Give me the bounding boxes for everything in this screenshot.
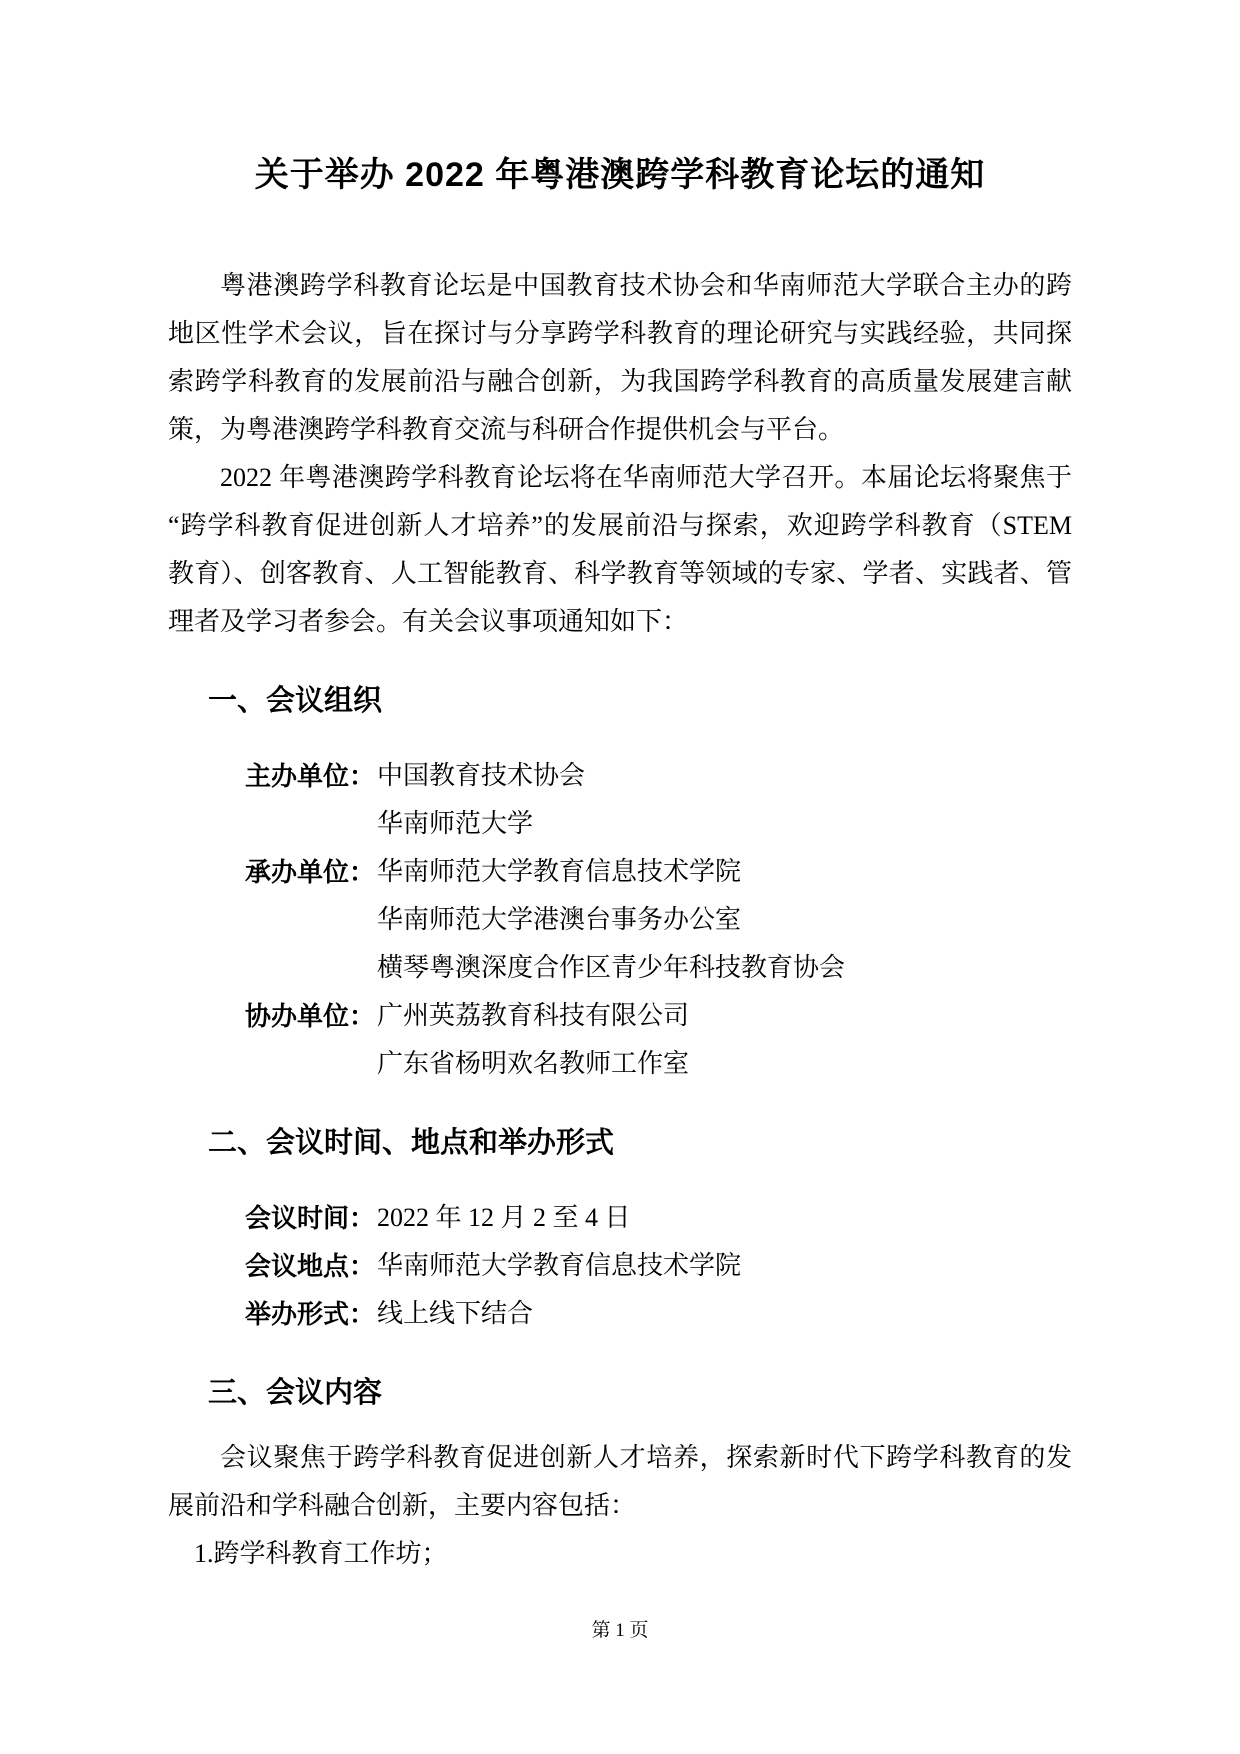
info-label-place: 会议地点： [245, 1242, 377, 1290]
info-value-place: 华南师范大学教育信息技术学院 [377, 1242, 1072, 1290]
info-row-place: 会议地点： 华南师范大学教育信息技术学院 [168, 1242, 1072, 1290]
content-paragraph: 会议聚焦于跨学科教育促进创新人才培养，探索新时代下跨学科教育的发展前沿和学科融合… [168, 1434, 1072, 1530]
meeting-info-list: 会议时间： 2022 年 12 月 2 至 4 日 会议地点： 华南师范大学教育… [168, 1194, 1072, 1338]
org-label-spacer [245, 944, 377, 992]
org-value-coorganizer-1: 广州英荔教育科技有限公司 [377, 992, 1072, 1040]
info-label-time: 会议时间： [245, 1194, 377, 1242]
section-heading-time-place-format: 二、会议时间、地点和举办形式 [168, 1118, 1072, 1168]
org-label-host: 主办单位： [245, 752, 377, 800]
org-label-spacer [245, 896, 377, 944]
section-heading-organization: 一、会议组织 [168, 676, 1072, 726]
org-label-coorganizer: 协办单位： [245, 992, 377, 1040]
org-value-coorganizer-2: 广东省杨明欢名教师工作室 [377, 1040, 1072, 1088]
intro-paragraph-2: 2022 年粤港澳跨学科教育论坛将在华南师范大学召开。本届论坛将聚焦于“跨学科教… [168, 454, 1072, 646]
org-row-organizer-3: 横琴粤澳深度合作区青少年科技教育协会 [168, 944, 1072, 992]
org-value-host-1: 中国教育技术协会 [377, 752, 1072, 800]
org-value-host-2: 华南师范大学 [377, 800, 1072, 848]
organization-list: 主办单位： 中国教育技术协会 华南师范大学 承办单位： 华南师范大学教育信息技术… [168, 752, 1072, 1088]
page-number: 第 1 页 [0, 1616, 1240, 1646]
content-list-item-1: 1.跨学科教育工作坊； [168, 1530, 1072, 1578]
info-value-time: 2022 年 12 月 2 至 4 日 [377, 1194, 1072, 1242]
info-row-time: 会议时间： 2022 年 12 月 2 至 4 日 [168, 1194, 1072, 1242]
org-row-coorganizer-2: 广东省杨明欢名教师工作室 [168, 1040, 1072, 1088]
info-label-format: 举办形式： [245, 1290, 377, 1338]
org-label-spacer [245, 800, 377, 848]
org-label-organizer: 承办单位： [245, 848, 377, 896]
org-row-host-2: 华南师范大学 [168, 800, 1072, 848]
document-title: 关于举办 2022 年粤港澳跨学科教育论坛的通知 [168, 150, 1072, 200]
org-value-organizer-3: 横琴粤澳深度合作区青少年科技教育协会 [377, 944, 1072, 992]
org-row-organizer: 承办单位： 华南师范大学教育信息技术学院 [168, 848, 1072, 896]
org-label-spacer [245, 1040, 377, 1088]
org-value-organizer-1: 华南师范大学教育信息技术学院 [377, 848, 1072, 896]
org-row-host: 主办单位： 中国教育技术协会 [168, 752, 1072, 800]
info-row-format: 举办形式： 线上线下结合 [168, 1290, 1072, 1338]
document-page: 关于举办 2022 年粤港澳跨学科教育论坛的通知 粤港澳跨学科教育论坛是中国教育… [0, 0, 1240, 1754]
org-row-organizer-2: 华南师范大学港澳台事务办公室 [168, 896, 1072, 944]
info-value-format: 线上线下结合 [377, 1290, 1072, 1338]
org-value-organizer-2: 华南师范大学港澳台事务办公室 [377, 896, 1072, 944]
intro-paragraph-1: 粤港澳跨学科教育论坛是中国教育技术协会和华南师范大学联合主办的跨地区性学术会议，… [168, 262, 1072, 454]
org-row-coorganizer: 协办单位： 广州英荔教育科技有限公司 [168, 992, 1072, 1040]
section-heading-content: 三、会议内容 [168, 1368, 1072, 1418]
